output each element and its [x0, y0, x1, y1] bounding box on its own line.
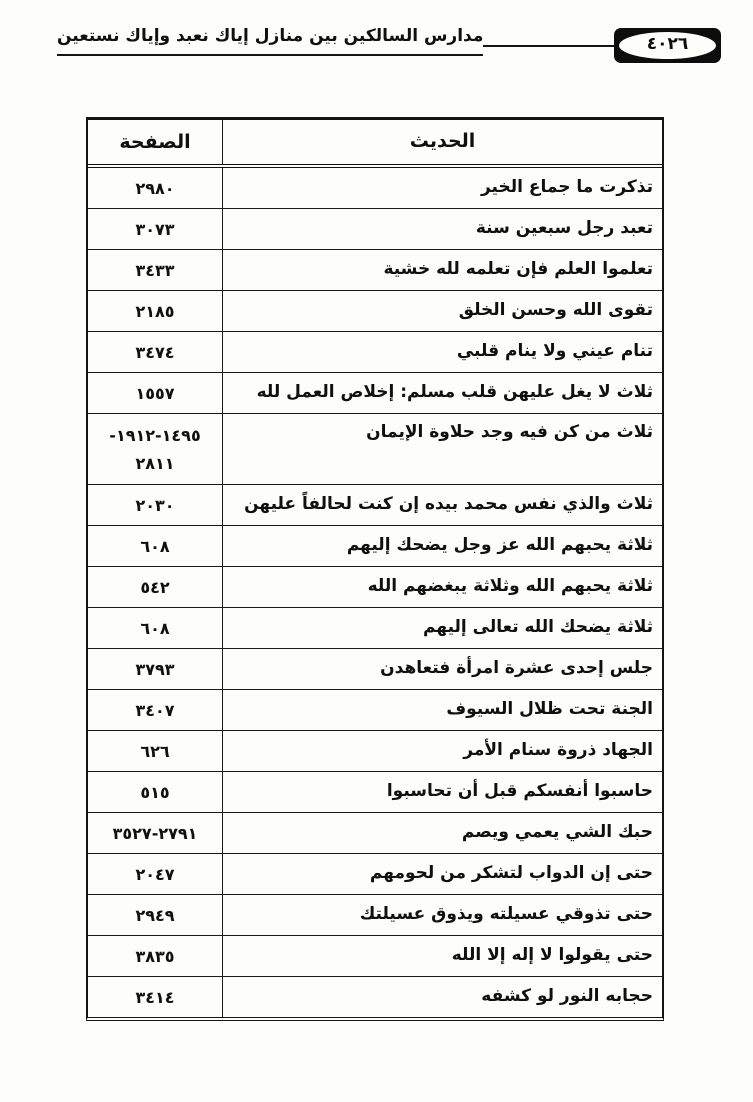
hadith-cell: الجهاد ذروة سنام الأمر — [222, 731, 662, 771]
table-header-row: الحديث الصفحة — [88, 120, 662, 168]
page-number-line1: ١٤٩٥-١٩١٢- — [109, 426, 200, 445]
table-row: ثلاثة يضحك الله تعالى إليهم ٦٠٨ — [88, 608, 662, 649]
hadith-cell: حبك الشي يعمي ويصم — [222, 813, 662, 853]
page-number-cell: ٢١٨٥ — [88, 291, 222, 331]
page-number-cell: ٦٠٨ — [88, 526, 222, 566]
hadith-cell: ثلاث لا يغل عليهن قلب مسلم: إخلاص العمل … — [222, 373, 662, 413]
table-row: حتى يقولوا لا إله إلا الله ٣٨٣٥ — [88, 936, 662, 977]
hadith-cell: الجنة تحت ظلال السيوف — [222, 690, 662, 730]
hadith-cell: حتى تذوقي عسيلته ويذوق عسيلتك — [222, 895, 662, 935]
running-head: مدارس السالكين بين منازل إياك نعبد وإياك… — [57, 26, 721, 56]
page-number-cell: ٣٧٩٣ — [88, 649, 222, 689]
table-row: ثلاث من كن فيه وجد حلاوة الإيمان ١٤٩٥-١٩… — [88, 414, 662, 485]
hadith-cell: جلس إحدى عشرة امرأة فتعاهدن — [222, 649, 662, 689]
table-row: ثلاثة يحبهم الله وثلاثة يبغضهم الله ٥٤٢ — [88, 567, 662, 608]
page-number-cell: ٢٠٣٠ — [88, 485, 222, 525]
hadith-cell: حاسبوا أنفسكم قبل أن تحاسبوا — [222, 772, 662, 812]
table-row: ثلاث والذي نفس محمد بيده إن كنت لحالفاً … — [88, 485, 662, 526]
scanned-book-page: مدارس السالكين بين منازل إياك نعبد وإياك… — [0, 0, 753, 1102]
book-title: مدارس السالكين بين منازل إياك نعبد وإياك… — [57, 26, 483, 56]
page-number-cell: ١٥٥٧ — [88, 373, 222, 413]
hadith-index-table: الحديث الصفحة تذكرت ما جماع الخير ٢٩٨٠ ت… — [86, 117, 664, 1021]
table-row: تنام عيني ولا ينام قلبي ٣٤٧٤ — [88, 332, 662, 373]
hadith-cell: حجابه النور لو كشفه — [222, 977, 662, 1017]
table-row: حاسبوا أنفسكم قبل أن تحاسبوا ٥١٥ — [88, 772, 662, 813]
hadith-cell: تقوى الله وحسن الخلق — [222, 291, 662, 331]
page-number-cell: ٢٩٤٩ — [88, 895, 222, 935]
table-row: تقوى الله وحسن الخلق ٢١٨٥ — [88, 291, 662, 332]
page-number-line2: ٢٨١١ — [135, 454, 174, 473]
table-row: ثلاثة يحبهم الله عز وجل يضحك إليهم ٦٠٨ — [88, 526, 662, 567]
page-number-badge: ٤٠٢٦ — [614, 28, 721, 63]
table-row: تعلموا العلم فإن تعلمه لله خشية ٣٤٣٣ — [88, 250, 662, 291]
hadith-cell: حتى إن الدواب لتشكر من لحومهم — [222, 854, 662, 894]
table-row: حتى إن الدواب لتشكر من لحومهم ٢٠٤٧ — [88, 854, 662, 895]
table-row: تعبد رجل سبعين سنة ٣٠٧٣ — [88, 209, 662, 250]
page-number-cell: ٥١٥ — [88, 772, 222, 812]
page-number-cell: ٢٧٩١-٣٥٢٧ — [88, 813, 222, 853]
hadith-cell: ثلاثة يحبهم الله عز وجل يضحك إليهم — [222, 526, 662, 566]
table-row: حجابه النور لو كشفه ٣٤١٤ — [88, 977, 662, 1017]
page-number: ٤٠٢٦ — [647, 36, 689, 53]
hadith-cell: تعلموا العلم فإن تعلمه لله خشية — [222, 250, 662, 290]
table-row: الجهاد ذروة سنام الأمر ٦٢٦ — [88, 731, 662, 772]
page-number-cell: ٣٤١٤ — [88, 977, 222, 1017]
hadith-cell: تعبد رجل سبعين سنة — [222, 209, 662, 249]
table-row: حبك الشي يعمي ويصم ٢٧٩١-٣٥٢٧ — [88, 813, 662, 854]
hadith-cell: ثلاثة يضحك الله تعالى إليهم — [222, 608, 662, 648]
page-number-cell: ٣٤٠٧ — [88, 690, 222, 730]
hadith-cell: تنام عيني ولا ينام قلبي — [222, 332, 662, 372]
table-row: حتى تذوقي عسيلته ويذوق عسيلتك ٢٩٤٩ — [88, 895, 662, 936]
page-number-cell: ٦٢٦ — [88, 731, 222, 771]
hadith-cell: ثلاثة يحبهم الله وثلاثة يبغضهم الله — [222, 567, 662, 607]
page-number-ellipse: ٤٠٢٦ — [619, 32, 716, 59]
hadith-column-header: الحديث — [222, 120, 662, 164]
table-row: تذكرت ما جماع الخير ٢٩٨٠ — [88, 168, 662, 209]
page-number-cell: ٦٠٨ — [88, 608, 222, 648]
hadith-cell: ثلاث والذي نفس محمد بيده إن كنت لحالفاً … — [222, 485, 662, 525]
page-number-cell: ٢٩٨٠ — [88, 168, 222, 208]
page-number-cell: ٣٠٧٣ — [88, 209, 222, 249]
table-row: الجنة تحت ظلال السيوف ٣٤٠٧ — [88, 690, 662, 731]
page-number-cell: ٣٤٣٣ — [88, 250, 222, 290]
page-number-cell: ٣٨٣٥ — [88, 936, 222, 976]
hadith-cell: حتى يقولوا لا إله إلا الله — [222, 936, 662, 976]
table-row: جلس إحدى عشرة امرأة فتعاهدن ٣٧٩٣ — [88, 649, 662, 690]
hadith-cell: ثلاث من كن فيه وجد حلاوة الإيمان — [222, 414, 662, 484]
page-number-cell: ٢٠٤٧ — [88, 854, 222, 894]
page-number-cell: ٣٤٧٤ — [88, 332, 222, 372]
page-number-cell: ١٤٩٥-١٩١٢- ٢٨١١ — [88, 414, 222, 484]
header-rule — [483, 45, 614, 48]
page-column-header: الصفحة — [88, 120, 222, 164]
table-row: ثلاث لا يغل عليهن قلب مسلم: إخلاص العمل … — [88, 373, 662, 414]
hadith-cell: تذكرت ما جماع الخير — [222, 168, 662, 208]
page-number-cell: ٥٤٢ — [88, 567, 222, 607]
